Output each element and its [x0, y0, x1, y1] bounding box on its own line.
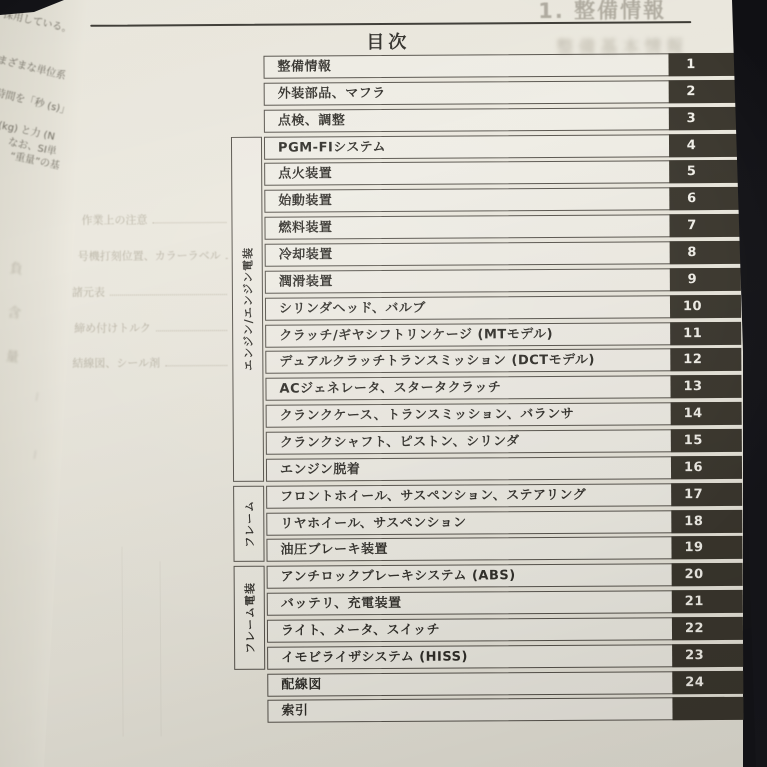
toc-row-label: クラッチ/ギヤシフトリンケージ (MTモデル): [266, 322, 721, 346]
manual-page: 1. 整備情報 整備基本情報 目次 作業上の注意号機打刻位置、カラーラベル諸元表…: [28, 0, 743, 767]
chapter-tab-number: 9: [688, 272, 724, 287]
chapter-tab: 22: [672, 617, 743, 640]
toc-row-label: エンジン脱着: [267, 457, 722, 481]
bleedthrough-line: [160, 561, 162, 736]
chapter-tab: 12: [670, 348, 741, 371]
toc-row: 配線図24: [267, 671, 724, 697]
toc-row-label: 始動装置: [265, 188, 720, 212]
left-page-text-fragment: まざまな単位系: [0, 51, 68, 82]
bleedthrough-toc-entry-text: 締め付けトルク: [74, 319, 151, 335]
dotted-leader: [156, 330, 227, 331]
toc-row: シリンダヘッド、バルブ10: [265, 295, 722, 321]
toc-row-label: バッテリ、充電装置: [268, 591, 723, 615]
toc-row: クランクケース、トランスミッション、バランサ14: [266, 402, 723, 428]
toc-row-label: クランクケース、トランスミッション、バランサ: [267, 403, 722, 427]
bleedthrough-toc-entry-text: 結線図、シール剤: [72, 354, 160, 371]
toc-row: リヤホイール、サスペンション18: [266, 509, 723, 535]
chapter-tab: 1: [668, 53, 739, 76]
bleedthrough-toc-entry-text: 諸元表: [72, 284, 105, 300]
bleedthrough-toc-entry: 結線図、シール剤: [72, 354, 229, 371]
toc-row: 冷却装置8: [265, 241, 722, 267]
toc-row: ACジェネレータ、スタータクラッチ13: [265, 375, 722, 401]
chapter-tab-number: 17: [684, 486, 729, 501]
chapter-tab: 14: [671, 402, 742, 425]
left-page-text-fragment: 時間を「秒 (s)」: [0, 84, 72, 117]
bleedthrough-toc-entry-text: 号機打刻位置、カラーラベル: [78, 247, 221, 264]
toc-row-label: 外装部品、マフラ: [265, 81, 720, 105]
toc-row-label: 索引: [268, 698, 723, 722]
toc-row-label: シリンダヘッド、バルブ: [266, 296, 721, 320]
chapter-tab: [672, 697, 743, 720]
toc-row: 燃料装置7: [264, 214, 721, 240]
chapter-tab-number: 19: [684, 540, 729, 555]
chapter-tab-number: 4: [687, 138, 723, 153]
chapter-tab: 6: [669, 187, 740, 210]
toc-group-label: エンジン/エンジン電装: [239, 247, 256, 371]
chapter-tab: 21: [672, 590, 743, 613]
chapter-tab: 15: [671, 429, 742, 452]
chapter-tab-number: 5: [687, 164, 723, 179]
toc-row-label: デュアルクラッチトランスミッション (DCTモデル): [266, 349, 721, 373]
chapter-tab-number: 2: [686, 84, 722, 99]
toc-row-label: 整備情報: [264, 54, 719, 78]
page-content: 1. 整備情報 整備基本情報 目次 作業上の注意号機打刻位置、カラーラベル諸元表…: [26, 0, 746, 767]
chapter-tab: 4: [669, 133, 740, 156]
chapter-tab: 23: [672, 644, 743, 667]
toc-row-label: 点火装置: [265, 161, 720, 185]
toc-group-cell: エンジン/エンジン電装: [231, 136, 264, 481]
toc-row-label: アンチロックブレーキシステム (ABS): [268, 564, 723, 588]
bleedthrough-toc-entry: 諸元表: [72, 283, 229, 300]
toc-row: ライト、メータ、スイッチ22: [267, 617, 724, 643]
chapter-tab-number: 14: [684, 406, 729, 421]
chapter-tab-number: 21: [685, 594, 730, 609]
page-title: 目次: [366, 28, 410, 54]
chapter-tab-number: 8: [687, 245, 723, 260]
toc-row: バッテリ、充電装置21: [267, 590, 724, 616]
toc-row: 整備情報1: [263, 53, 720, 79]
chapter-tab: 3: [669, 107, 740, 130]
chapter-tab: 10: [670, 294, 741, 317]
chapter-tab-number: 22: [685, 621, 730, 636]
chapter-tab: 5: [669, 160, 740, 183]
toc-row: 点検、調整3: [264, 107, 721, 133]
chapter-tab-number: 23: [685, 648, 730, 663]
dotted-leader: [110, 294, 227, 296]
chapter-tab-number: 12: [683, 352, 728, 367]
toc-row-label: リヤホイール、サスペンション: [267, 510, 722, 534]
chapter-tab: 2: [669, 80, 740, 103]
chapter-tab-number: 16: [684, 460, 729, 475]
chapter-tab: 7: [669, 214, 740, 237]
toc-row-label: ACジェネレータ、スタータクラッチ: [266, 376, 721, 400]
toc-row: デュアルクラッチトランスミッション (DCTモデル)12: [265, 348, 722, 374]
chapter-tab: 16: [671, 456, 742, 479]
toc-row-label: 潤滑装置: [266, 269, 721, 293]
chapter-tab-number: 15: [684, 433, 729, 448]
bleedthrough-toc-entry: 作業上の注意: [81, 211, 228, 228]
chapter-tab-number: 6: [687, 191, 723, 206]
chapter-tab-number: 1: [686, 57, 722, 72]
chapter-tab-number: 11: [683, 325, 728, 340]
dotted-leader: [165, 365, 227, 366]
toc-row: クランクシャフト、ピストン、シリンダ15: [266, 429, 723, 455]
chapter-tab: 24: [672, 670, 743, 693]
chapter-tab: 18: [671, 509, 742, 532]
left-page-text-fragment: 「: [26, 387, 42, 408]
chapter-tab-number: 10: [683, 299, 728, 314]
toc-row: イモビライザシステム (HISS)23: [267, 644, 724, 670]
chapter-tab: 11: [670, 321, 741, 344]
left-page-text-fragment: 量: [5, 345, 21, 366]
chapter-tab-number: 3: [687, 111, 723, 126]
left-page-text-fragment: 含: [7, 301, 23, 322]
toc-row-label: 点検、調整: [265, 108, 720, 132]
toc-row: アンチロックブレーキシステム (ABS)20: [267, 563, 724, 589]
chapter-tab: 8: [670, 241, 741, 264]
chapter-tab-number: 13: [683, 379, 728, 394]
bleedthrough-toc-entry: 号機打刻位置、カラーラベル: [78, 247, 229, 264]
toc-row: 始動装置6: [264, 187, 721, 213]
toc-row-label: 燃料装置: [265, 215, 720, 239]
toc-row: 潤滑装置9: [265, 268, 722, 294]
dotted-leader: [226, 258, 229, 259]
toc-row-label: イモビライザシステム (HISS): [268, 645, 723, 669]
book-photo: 1. 整備情報 整備基本情報 目次 作業上の注意号機打刻位置、カラーラベル諸元表…: [0, 0, 767, 767]
toc-row-label: フロントホイール、サスペンション、ステアリング: [267, 484, 722, 508]
toc-group-label: フレーム電装: [241, 582, 257, 654]
chapter-tab: 17: [671, 482, 742, 505]
chapter-tab: 13: [670, 375, 741, 398]
toc-row-label: PGM-FIシステム: [265, 135, 720, 159]
left-page-text-fragment: 「: [24, 445, 40, 466]
toc-row-label: 冷却装置: [266, 242, 721, 266]
toc-group-label: フレーム: [241, 500, 257, 548]
bleedthrough-line: [121, 547, 123, 737]
toc-row-label: クランクシャフト、ピストン、シリンダ: [267, 430, 722, 454]
bleedthrough-toc-entry-text: 作業上の注意: [81, 211, 147, 227]
chapter-tab-number: 18: [684, 513, 729, 528]
toc-row: クラッチ/ギヤシフトリンケージ (MTモデル)11: [265, 321, 722, 347]
bleedthrough-toc-entry: 締め付けトルク: [74, 319, 229, 336]
toc-row: 索引: [267, 697, 724, 723]
chapter-tab-number: 24: [685, 674, 730, 689]
chapter-tab: 19: [671, 536, 742, 559]
toc-row: フロントホイール、サスペンション、ステアリング17: [266, 483, 723, 509]
chapter-tab-number: 7: [687, 218, 723, 233]
toc-row-label: ライト、メータ、スイッチ: [268, 618, 723, 642]
toc-row: 油圧ブレーキ装置19: [266, 536, 723, 562]
toc-row-label: 配線図: [268, 672, 723, 696]
toc-group-cell: フレーム: [233, 485, 264, 562]
toc-row: 点火装置5: [264, 160, 721, 186]
toc-group-cell: フレーム電装: [234, 566, 266, 670]
toc-row: 外装部品、マフラ2: [264, 80, 721, 106]
chapter-tab: 9: [670, 268, 741, 291]
chapter-tab-number: 20: [685, 567, 730, 582]
dotted-leader: [152, 222, 226, 223]
toc-row: エンジン脱着16: [266, 456, 723, 482]
left-page-text-fragment: 負: [9, 257, 25, 278]
chapter-tab: 20: [672, 563, 743, 586]
toc-row-label: 油圧ブレーキ装置: [267, 537, 722, 561]
toc-row: PGM-FIシステム4: [264, 134, 721, 160]
